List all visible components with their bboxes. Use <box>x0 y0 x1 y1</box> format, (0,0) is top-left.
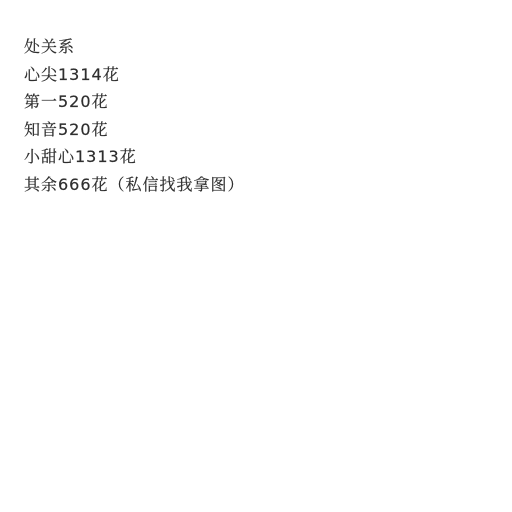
note-line-diyi-price: 第一520花 <box>24 88 484 116</box>
note-line-zhiyin-price: 知音520花 <box>24 116 484 144</box>
note-line-xinjian-price: 心尖1314花 <box>24 61 484 89</box>
note-line-qiyu-price: 其余666花（私信找我拿图） <box>24 171 484 199</box>
note-line-xiaotianxin-price: 小甜心1313花 <box>24 143 484 171</box>
note-line-relationship-title: 处关系 <box>24 33 484 61</box>
note: 处关系 心尖1314花 第一520花 知音520花 小甜心1313花 其余666… <box>24 33 484 198</box>
